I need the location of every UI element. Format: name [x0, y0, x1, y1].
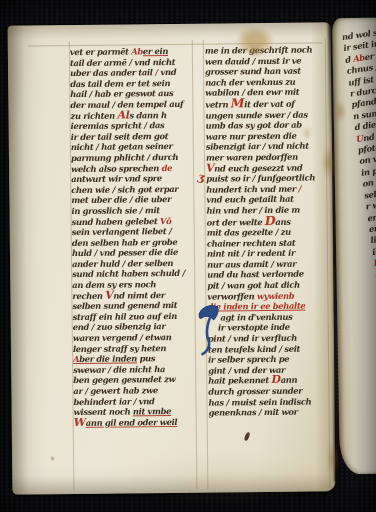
text-segment-ink: nd euch gesezzt vnd	[214, 162, 302, 173]
text-segment-ink: ware nur presten die	[206, 130, 297, 141]
manuscript-line: parmung phlicht / durch	[71, 152, 195, 164]
text-segment-ink: s dann h	[129, 110, 166, 120]
text-segment-ink: hin vnd her / in die m	[206, 205, 299, 216]
text-segment-ink: genenknas / mit wor	[209, 407, 298, 418]
manuscript-line: chen wie / sich got erpar	[71, 183, 195, 195]
text-segment-ink: met uber die / die uber	[71, 194, 171, 205]
text-segment-ink: me in der geschrift noch	[205, 45, 312, 56]
text-segment-ink: welch also sprechen	[71, 163, 162, 174]
text-segment-ink: mer waren pedorffen	[206, 152, 298, 163]
text-segment-ul: ann gil end oder weil	[86, 417, 178, 428]
manuscript-line: puist so ir / funfgeortlich	[206, 172, 328, 184]
text-segment-ink: waren vergend / etwan	[73, 332, 172, 343]
manuscript-line: der maul / den tempel auf	[70, 99, 194, 111]
blue-initial-s	[196, 304, 221, 358]
text-segment-ink: an dem sy ers noch	[72, 279, 156, 290]
text-segment-ink: chainer rechten stat	[207, 237, 296, 248]
text-segment-ink: ort der welte	[207, 217, 265, 228]
facing-page-edge: nd wol spreir seit ind Aber ewchnus / di…	[332, 18, 376, 475]
text-segment-redbig: Al	[117, 109, 129, 121]
manuscript-line: genenknas / mit wor	[209, 407, 331, 419]
text-segment-ink: durch grosser sunder	[208, 386, 302, 397]
text-segment-red: de	[161, 163, 172, 173]
text-segment-lombard: M	[231, 97, 245, 110]
text-segment-ink: ben gegen gesundet zw	[73, 374, 175, 385]
text-segment-ink: vnd	[158, 67, 176, 77]
blue-initial-glyph	[196, 304, 221, 358]
text-segment-ink: nd nimt der	[113, 290, 165, 301]
text-segment-ink: end / zuo sibenzig iar	[73, 322, 166, 333]
text-segment-ink: verworffen	[207, 291, 257, 302]
text-segment-ink: sein verlangent liebet /	[72, 226, 172, 237]
text-segment-ink: wabilon / den ewr mit	[205, 87, 299, 98]
manuscript-page: vet er parmēt Aber eintail der armē / vn…	[8, 22, 336, 494]
text-segment-ink: zu richten	[70, 110, 117, 120]
text-segment-ink: er ew	[364, 49, 376, 62]
text-segment-ink: ander huld / der selben	[72, 258, 173, 269]
text-segment-ink: nur aus damit / wrar	[207, 259, 296, 270]
text-segment-ink: nicht / hat getan seiner	[71, 141, 173, 152]
text-segment-ink: rechen	[72, 290, 105, 300]
text-segment-red: wywienb	[257, 290, 294, 300]
text-segment-ink: selben sund genend mit	[72, 300, 177, 311]
text-segment-ink: ir der tail seit dem got	[71, 131, 169, 142]
text-segment-ink: ungen sunde swer / das	[205, 109, 307, 120]
text-segment-ink: ten teufels kind / seit	[208, 343, 300, 354]
text-segment-ink: uber das ander tail	[70, 67, 155, 78]
text-segment-redbig: W	[74, 417, 86, 429]
manuscript-photo: { "palette": { "background": "#0b0b0d", …	[0, 0, 376, 512]
manuscript-line: me in der geschrift noch	[205, 44, 327, 56]
text-segment-ink: gint / vnd der war	[208, 365, 285, 376]
text-segment-ink: nach der venknus zu	[205, 76, 295, 87]
text-segment-ink: ann	[281, 375, 298, 385]
manuscript-line: huld / vnd pesser die die	[72, 247, 196, 259]
facing-page-text: nd wol spreir seit ind Aber ewchnus / di…	[341, 23, 376, 405]
text-segment-ink: hait pekennet	[208, 375, 271, 386]
text-segment-ink: sund haben gelebet	[72, 216, 160, 227]
text-segment-ink: und du hast verlornde	[207, 269, 304, 280]
text-segment-ink: it der vat of	[244, 99, 294, 110]
text-segment-ink: straff ein hil zuo auf ein	[73, 311, 177, 322]
text-segment-ink: vnd euch getailt hat	[206, 194, 293, 205]
manuscript-line: uber das ander tail / vnd	[70, 67, 194, 79]
manuscript-line: sund nicht haben schuld /	[72, 268, 196, 280]
text-segment-ink: huld / vnd pesser die die	[72, 247, 178, 258]
text-segment-ink: den selben hab er grobe	[72, 237, 178, 248]
text-segment-ink: wissent noch	[74, 407, 133, 418]
text-segment-ink: grosser sund han vast	[205, 66, 301, 77]
text-segment-red: Vō	[160, 215, 171, 225]
text-segment-ink: vet er parmēt	[70, 46, 132, 57]
text-segment-ink: pit / wan got hat dich	[207, 280, 300, 291]
text-segment-ink: wen dauid / must ir ve	[205, 55, 301, 66]
text-segment-ink: ieremias spricht / das	[71, 120, 165, 131]
text-segment-ink: nint nit / ir redent ir	[207, 248, 295, 259]
text-segment-ink: sibenzigt iar / vnd nicht	[206, 141, 309, 152]
text-segment-ink: puist so ir / funfgeortlich	[206, 173, 315, 184]
text-segment-ink: lenger straff sy heten	[73, 343, 166, 354]
text-segment-red: /	[296, 183, 301, 193]
text-column-left: vet er parmēt Aber eintail der armē / vn…	[70, 46, 198, 429]
text-segment-ink: antwurt wir vnd spre	[71, 173, 162, 184]
text-segment-ink: das tail dem er tet sein	[70, 78, 170, 89]
text-segment-red: Ab	[131, 46, 143, 56]
text-segment-ink: parmung phlicht / durch	[71, 152, 178, 163]
text-segment-ink: hail / hab er geswot aus	[70, 88, 173, 99]
text-segment-ink: vetrn	[205, 99, 230, 109]
text-segment-ink: has / muist sein indisch	[208, 396, 311, 407]
text-segment-ink: in grosslich sie / mit	[71, 205, 159, 216]
black-cloth-background: vet er parmēt Aber eintail der armē / vn…	[0, 0, 376, 512]
text-segment-redul: die inden ir ee behalte	[207, 301, 305, 312]
text-segment-ul: er ein	[143, 46, 168, 56]
text-segment-ink: mit das gezelte / zu	[207, 227, 291, 238]
text-column-right: me in der geschrift nochwen dauid / must…	[205, 44, 331, 418]
text-segment-redbig: V	[105, 289, 113, 301]
text-segment-ink: tail der armē / vnd nicht	[70, 57, 175, 68]
text-segment-ink: chen wie / sich got erpar	[71, 184, 178, 195]
manuscript-line: Wann gil end oder weil	[74, 417, 198, 429]
text-segment-ink: sund nicht haben schuld /	[72, 268, 185, 279]
text-segment-ink: hundert ich vnd mer	[206, 183, 296, 194]
text-segment-ink: behindert iar / vnd	[73, 396, 154, 407]
text-segment-ink: swewar / die nicht ha	[73, 364, 165, 375]
text-segment-ul: ber die inden	[79, 354, 137, 365]
text-segment-lombard: D	[265, 215, 276, 228]
text-segment-ink: pint / vnd ir verfluch	[208, 333, 297, 344]
text-segment-ink: ans	[275, 216, 290, 226]
text-segment-ink: ar / gewert hab zwe	[73, 385, 158, 396]
text-segment-ink: pus	[137, 353, 155, 363]
text-segment-ul: nit vmbe	[133, 406, 171, 416]
text-segment-ink: umb das sy got dor ab	[206, 120, 302, 131]
text-segment-ink: der maul / den tempel auf	[70, 99, 183, 110]
